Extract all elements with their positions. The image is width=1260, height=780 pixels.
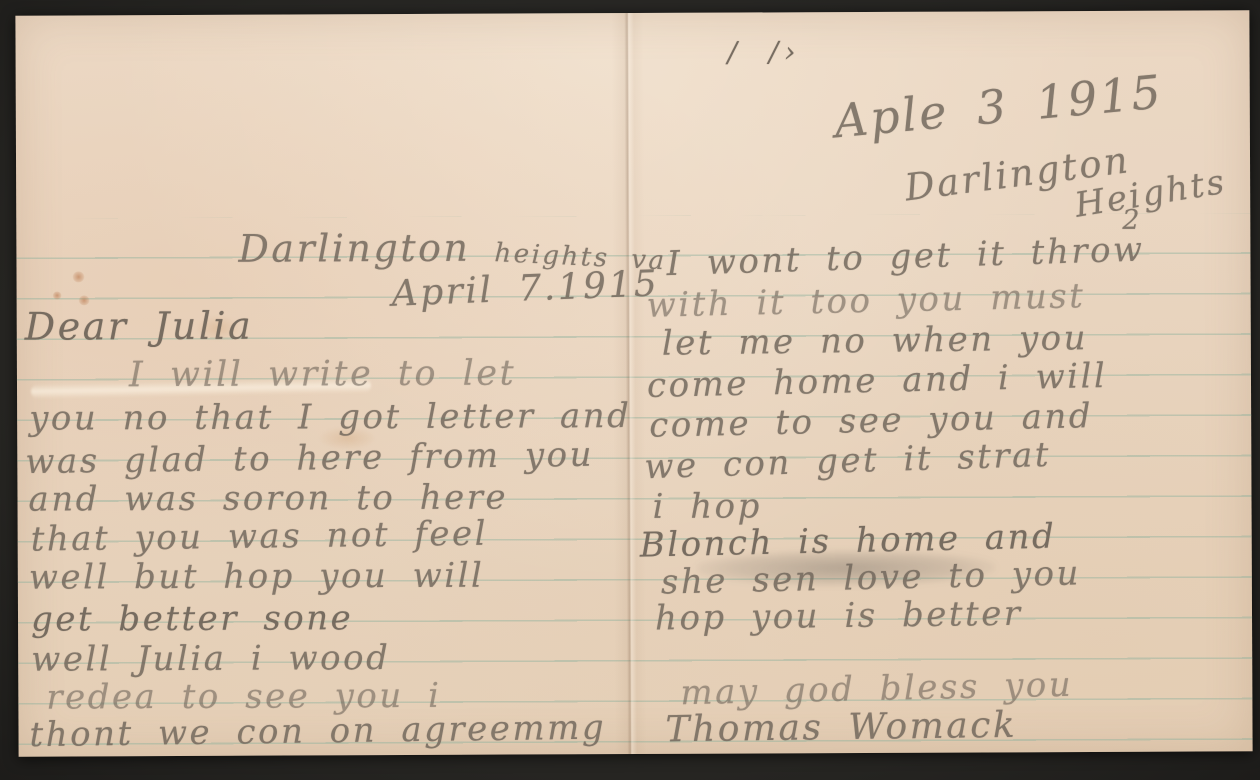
body-line: redea to see you i — [46, 679, 441, 715]
corner-pencil-mark: / /› — [727, 38, 801, 66]
place-line: Darlington — [238, 229, 470, 268]
body-line: let me no when you — [662, 321, 1089, 361]
body-line: well Julia i wood — [31, 641, 390, 677]
body-line: thont we con on agreemmg — [29, 711, 606, 753]
body-line: that you was not feel — [30, 517, 488, 557]
date-line: Aple 3 1915 — [832, 68, 1165, 144]
body-line: we con get it strat — [644, 438, 1052, 484]
body-line: get better sone — [31, 601, 353, 636]
body-line: I will write to let — [129, 357, 516, 394]
body-line: I wont to get it throw — [666, 233, 1145, 282]
letter-page-1: Darlington heights va April 7.1915 Dear … — [15, 10, 1249, 15]
letter-paper-sheet: Darlington heights va April 7.1915 Dear … — [15, 10, 1252, 756]
body-line: well but hop you will — [29, 559, 485, 595]
scanned-letter-photograph: { "colors": { "background": "#262522", "… — [0, 0, 1260, 780]
center-fold-crease — [611, 13, 646, 754]
stain-spot — [73, 271, 85, 282]
stain-spot — [53, 291, 62, 299]
signature: Thomas Womack — [665, 708, 1017, 749]
body-line: was glad to here from you — [25, 438, 594, 479]
letter-page-2: / /› Aple 3 1915 Darlington Heights 2 I … — [15, 10, 1249, 15]
body-line: hop you is better — [655, 597, 1023, 636]
body-line: i hop — [652, 489, 761, 523]
body-line: and was soron to here — [28, 481, 508, 517]
body-line: with it too you must — [646, 279, 1085, 323]
salutation: Dear Julia — [25, 307, 254, 346]
date-line: April 7.1915 — [391, 266, 660, 312]
body-line: you no that I got letter and — [29, 399, 631, 436]
